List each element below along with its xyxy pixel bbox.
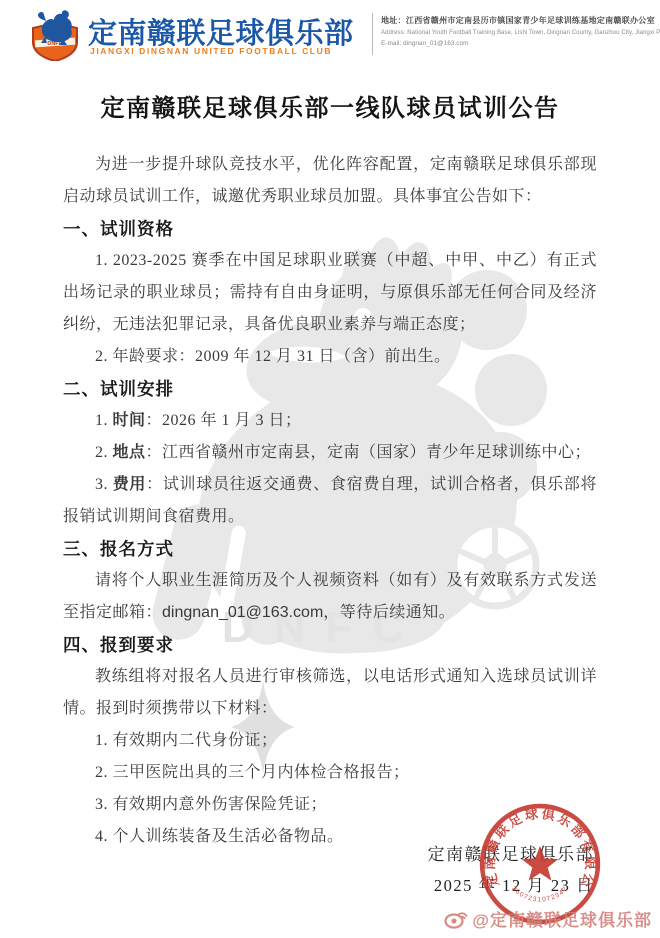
item-label: 费用: [113, 476, 146, 493]
weibo-watermark: @定南赣联足球俱乐部: [444, 906, 652, 931]
section2-heading: 二、试训安排: [63, 373, 597, 405]
section4-intro: 教练组将对报名人员进行审核筛选，以电话形式通知入选球员试训详情。报到时须携带以下…: [63, 661, 597, 725]
item-number: 2.: [95, 444, 113, 461]
contact-block: 地址：江西省赣州市定南县历市镇国家青少年足球训练基地定南赣联办公室 Addres…: [381, 15, 657, 47]
letterhead: DNFC 定南赣联足球俱乐部 JIANGXI DINGNAN UNITED FO…: [0, 0, 660, 64]
section2-item1: 1. 时间：2026 年 1 月 3 日；: [63, 405, 597, 437]
address-en: Address: National Youth Football Trainin…: [381, 30, 657, 36]
header-divider: [372, 13, 373, 55]
club-name-en: JIANGXI DINGNAN UNITED FOOTBALL CLUB: [90, 46, 332, 56]
weibo-icon: [444, 909, 468, 929]
section3-item1: 请将个人职业生涯简历及个人视频资料（如有）及有效联系方式发送至指定邮箱：ding…: [63, 565, 597, 629]
seal-star-icon: [522, 846, 559, 881]
svg-text:3607231072347: 3607231072347: [510, 885, 569, 903]
item-text: ：江西省赣州市定南县，定南（国家）青少年足球训练中心；: [146, 444, 592, 461]
section1-item2: 2. 年龄要求：2009 年 12 月 31 日（含）前出生。: [63, 341, 597, 373]
item-label: 地点: [113, 444, 146, 461]
announcement-page: DNFC 定南赣联足球俱乐部 JIANGXI DINGNAN UNITED FO…: [0, 0, 660, 938]
section3-heading: 三、报名方式: [63, 533, 597, 565]
item-number: 3.: [95, 476, 113, 493]
document-title: 定南赣联足球俱乐部一线队球员试训公告: [0, 88, 660, 123]
apply-email: dingnan_01@163.com: [162, 604, 323, 621]
apply-text-end: ，等待后续通知。: [323, 604, 455, 621]
item-number: 1.: [95, 412, 113, 429]
item-label: 时间: [113, 412, 146, 429]
section1-heading: 一、试训资格: [63, 213, 597, 245]
club-crest-logo: DNFC: [27, 9, 83, 61]
weibo-handle: @定南赣联足球俱乐部: [472, 906, 652, 931]
email-line: E-mail: dingnan_01@163.com: [381, 40, 657, 47]
item-text: ：2026 年 1 月 3 日；: [146, 412, 302, 429]
section4-item1: 1. 有效期内二代身份证；: [63, 725, 597, 757]
section2-item3: 3. 费用：试训球员往返交通费、食宿费自理，试训合格者，俱乐部将报销试训期间食宿…: [63, 469, 597, 533]
document-body: 为进一步提升球队竞技水平，优化阵容配置，定南赣联足球俱乐部现启动球员试训工作，诚…: [63, 149, 597, 853]
svg-text:定南赣联足球俱乐部有限公司: 定南赣联足球俱乐部有限公司: [477, 801, 598, 891]
seal-ring-text: 定南赣联足球俱乐部有限公司: [477, 801, 598, 891]
seal-code: 3607231072347: [510, 885, 569, 903]
section1-item1: 1. 2023-2025 赛季在中国足球职业联赛（中超、中甲、中乙）有正式出场记…: [63, 245, 597, 341]
section4-item2: 2. 三甲医院出具的三个月内体检合格报告；: [63, 757, 597, 789]
intro-paragraph: 为进一步提升球队竞技水平，优化阵容配置，定南赣联足球俱乐部现启动球员试训工作，诚…: [63, 149, 597, 213]
section2-item2: 2. 地点：江西省赣州市定南县，定南（国家）青少年足球训练中心；: [63, 437, 597, 469]
section4-heading: 四、报到要求: [63, 629, 597, 661]
address-cn: 地址：江西省赣州市定南县历市镇国家青少年足球训练基地定南赣联办公室: [381, 15, 657, 26]
